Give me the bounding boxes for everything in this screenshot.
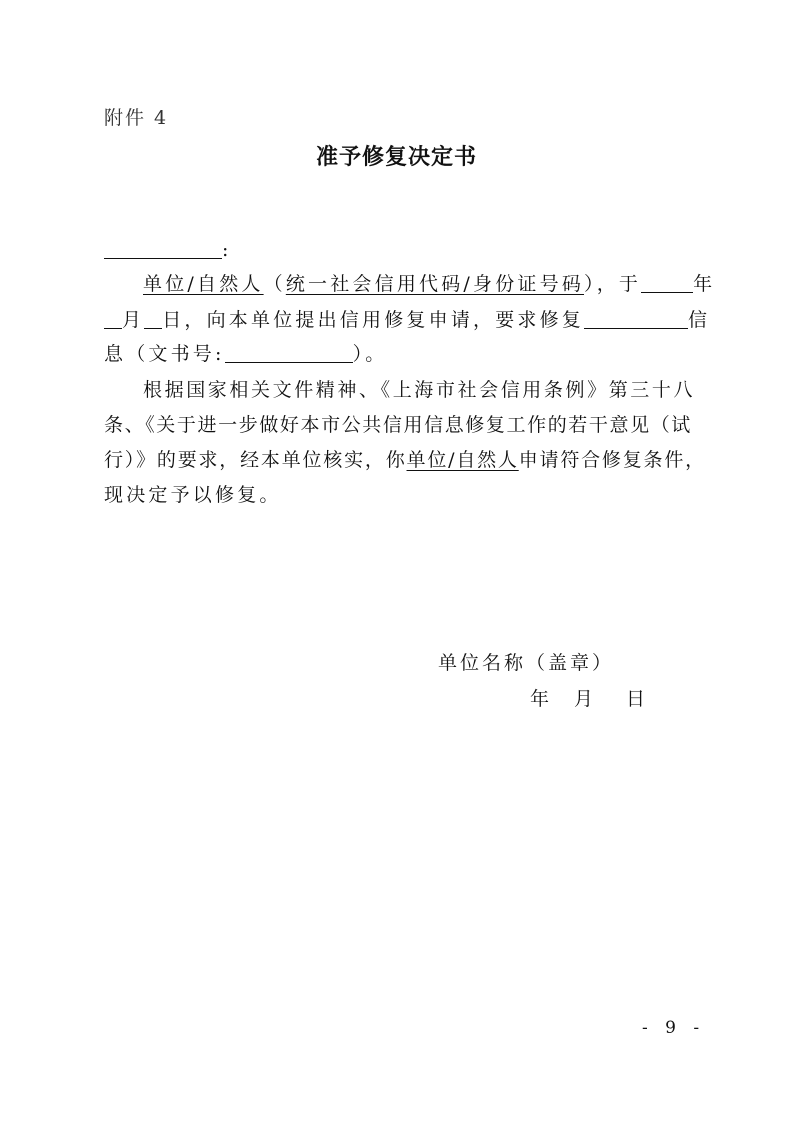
signature-org-label: 单位名称（盖章）	[438, 648, 614, 675]
doc-number-suffix: ）。	[353, 343, 388, 365]
year-char: 年	[693, 273, 715, 295]
open-paren: （	[264, 273, 286, 295]
para2-line3: 行）》的要求，经本单位核实，你单位/自然人申请符合修复条件，	[104, 442, 706, 478]
day-blank[interactable]	[144, 310, 162, 329]
id-type: 统一社会信用代码/身份证号码	[286, 273, 584, 295]
subject-type-2: 单位/自然人	[407, 449, 519, 471]
info-char: 信	[688, 309, 710, 331]
para2-line3-prefix: 行）》的要求，经本单位核实，你	[104, 449, 407, 471]
info-blank[interactable]	[584, 310, 688, 329]
month-blank[interactable]	[104, 310, 122, 329]
para2-line1: 根据国家相关文件精神、《上海市社会信用条例》第三十八	[143, 372, 695, 408]
document-title: 准予修复决定书	[0, 140, 793, 171]
year-blank[interactable]	[641, 274, 693, 293]
attachment-label: 附件 4	[104, 103, 168, 130]
signature-month: 月	[574, 684, 596, 711]
para2-line4: 现决定予以修复。	[104, 477, 282, 513]
signature-day: 日	[626, 684, 648, 711]
after-id-text: ），于	[584, 273, 641, 295]
day-text: 日，向本单位提出信用修复申请，要求修复	[162, 309, 584, 331]
para1-line3: 息（文书号:）。	[104, 336, 388, 372]
salutation-colon: :	[222, 239, 232, 261]
doc-number-label: 息（文书号:	[104, 343, 225, 365]
para1-line1: 单位/自然人（统一社会信用代码/身份证号码），于年	[143, 266, 715, 302]
para1-line2: 月日，向本单位提出信用修复申请，要求修复信	[104, 302, 710, 338]
month-char: 月	[122, 309, 144, 331]
para2-line3-suffix: 申请符合修复条件，	[519, 449, 706, 471]
salutation-line: :	[104, 232, 232, 268]
signature-year: 年	[530, 684, 552, 711]
subject-type: 单位/自然人	[143, 273, 264, 295]
para2-line2: 条、《关于进一步做好本市公共信用信息修复工作的若干意见（试	[104, 407, 692, 443]
page-number: - 9 -	[642, 1018, 705, 1038]
doc-number-blank[interactable]	[225, 344, 353, 363]
recipient-blank[interactable]	[104, 240, 222, 259]
